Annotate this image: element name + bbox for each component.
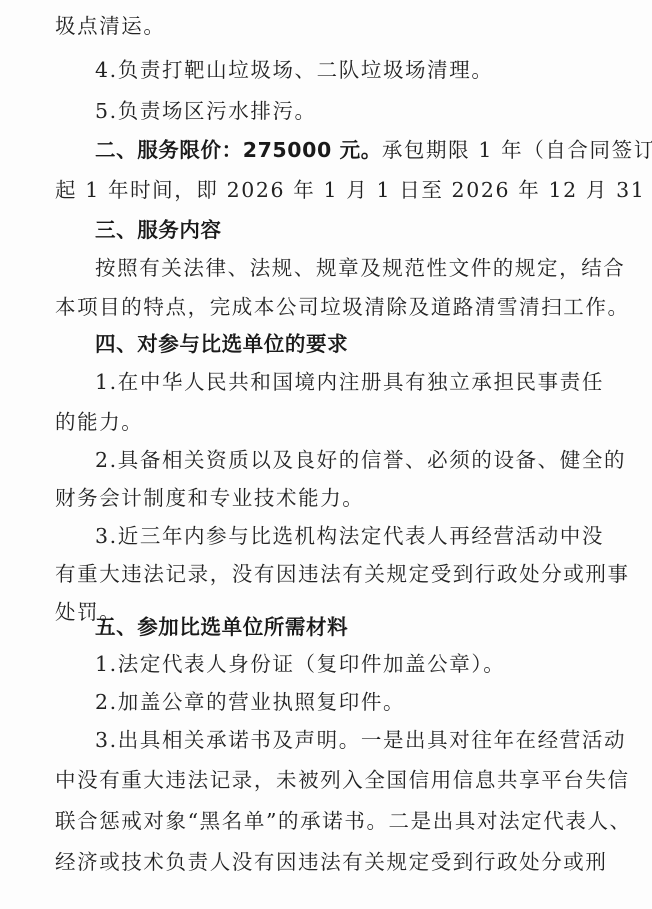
paragraph-line: 本项目的特点，完成本公司垃圾清除及道路清雪清扫工作。 [55, 293, 580, 321]
list-item: 4.负责打靶山垃圾场、二队垃圾场清理。 [95, 56, 620, 84]
section-heading-price: 二、服务限价：275000 元。承包期限 1 年（自合同签订 [95, 136, 620, 164]
list-item: 2.加盖公章的营业执照复印件。 [95, 688, 620, 716]
paragraph-line: 按照有关法律、法规、规章及规范性文件的规定，结合 [95, 254, 620, 282]
section-heading-materials: 五、参加比选单位所需材料 [95, 613, 620, 641]
paragraph-line: 经济或技术负责人没有因违法有关规定受到行政处分或刑 [55, 848, 580, 876]
paragraph-line: 有重大违法记录，没有因违法有关规定受到行政处分或刑事 [55, 560, 580, 588]
paragraph-line: 的能力。 [55, 408, 580, 436]
list-item: 2.具备相关资质以及良好的信誉、必须的设备、健全的 [95, 446, 620, 474]
section-heading-requirements: 四、对参与比选单位的要求 [95, 330, 620, 358]
section-heading-service-content: 三、服务内容 [95, 216, 620, 244]
list-item: 3.近三年内参与比选机构法定代表人再经营活动中没 [95, 522, 620, 550]
price-heading-text: 二、服务限价：275000 元。 [95, 138, 382, 162]
paragraph-line: 圾点清运。 [55, 12, 580, 40]
paragraph-line: 财务会计制度和专业技术能力。 [55, 484, 580, 512]
list-item: 3.出具相关承诺书及声明。一是出具对往年在经营活动 [95, 726, 620, 754]
paragraph-line: 联合惩戒对象“黑名单”的承诺书。二是出具对法定代表人、 [55, 807, 580, 835]
list-item: 1.在中华人民共和国境内注册具有独立承担民事责任 [95, 368, 620, 396]
document-page: 圾点清运。 4.负责打靶山垃圾场、二队垃圾场清理。 5.负责场区污水排污。 二、… [0, 0, 652, 909]
paragraph-line: 起 1 年时间，即 2026 年 1 月 1 日至 2026 年 12 月 31… [55, 176, 580, 204]
list-item: 1.法定代表人身份证（复印件加盖公章）。 [95, 650, 620, 678]
list-item: 5.负责场区污水排污。 [95, 97, 620, 125]
contract-term-text: 承包期限 1 年（自合同签订 [382, 138, 652, 162]
paragraph-line: 中没有重大违法记录，未被列入全国信用信息共享平台失信 [55, 766, 580, 794]
